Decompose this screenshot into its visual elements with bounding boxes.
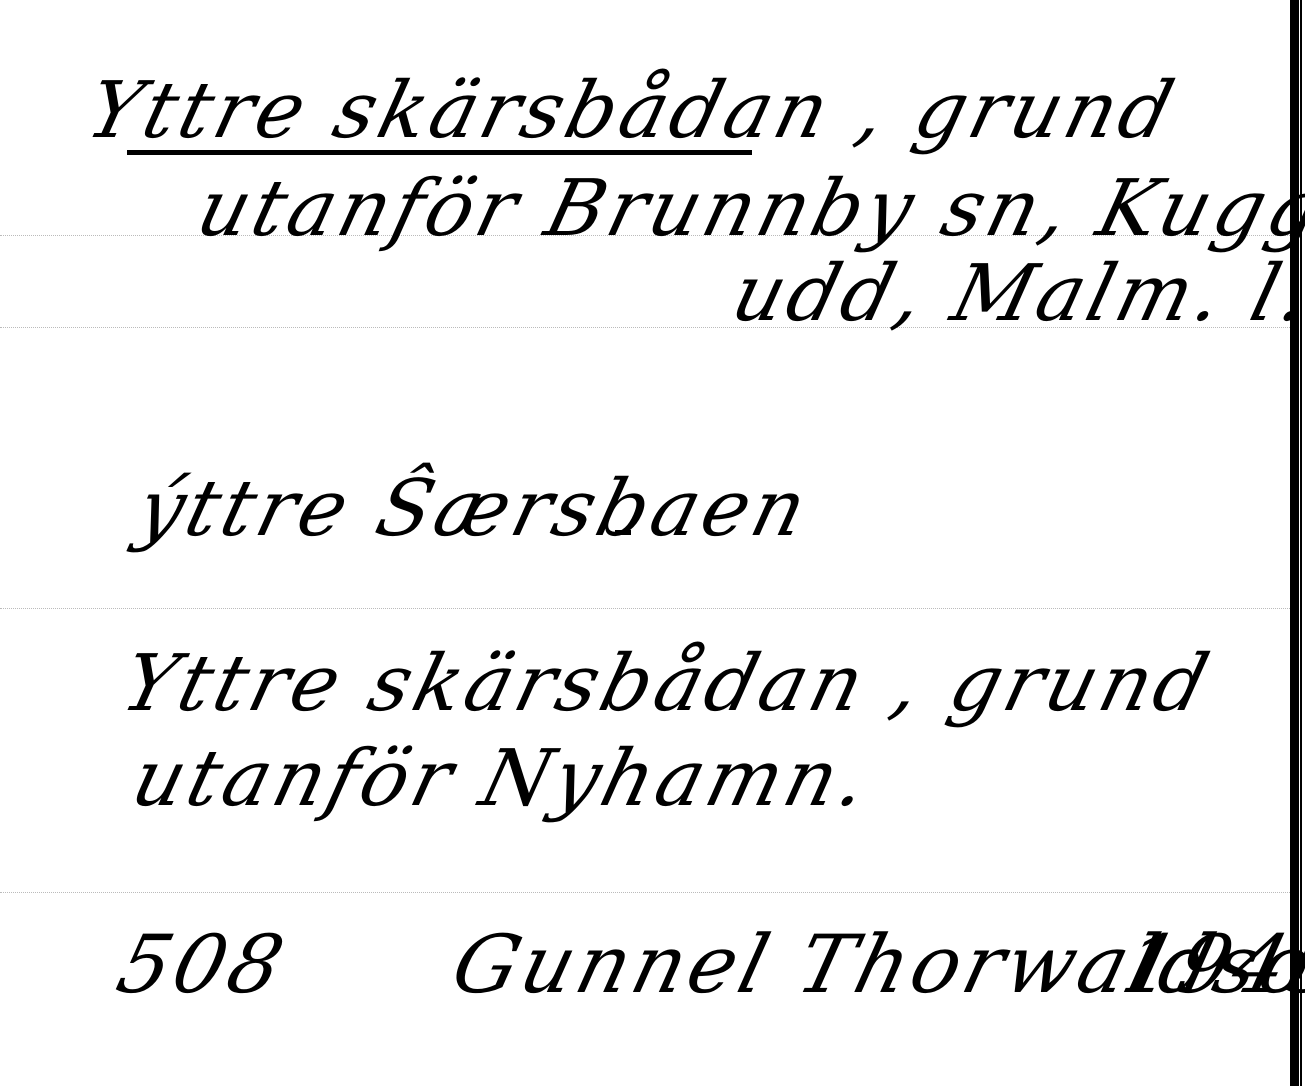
entry-2-line-1: ýttre Ŝærsbaen <box>130 470 817 548</box>
reference-number: 508 <box>110 925 295 1005</box>
entry-3-line-2: utanför Nyhamn. <box>125 740 879 818</box>
entry-1-line-1: Yttre skärsbådan , grund <box>80 72 1184 150</box>
entry-1-line-3: udd, Malm. l. <box>725 255 1305 333</box>
record-card: Yttre skärsbådan , grund utanför Brunnby… <box>0 0 1305 1086</box>
ruled-line <box>0 608 1290 609</box>
ruled-line <box>0 892 1290 893</box>
vowel-underline-mark <box>615 530 631 535</box>
year: 1945. <box>1115 925 1305 1005</box>
entry-3-line-1: Yttre skärsbådan , grund <box>115 645 1219 723</box>
entry-1-line-2: utanför Brunnby sn, Kugguds <box>190 170 1305 248</box>
headword-underline <box>127 150 752 155</box>
